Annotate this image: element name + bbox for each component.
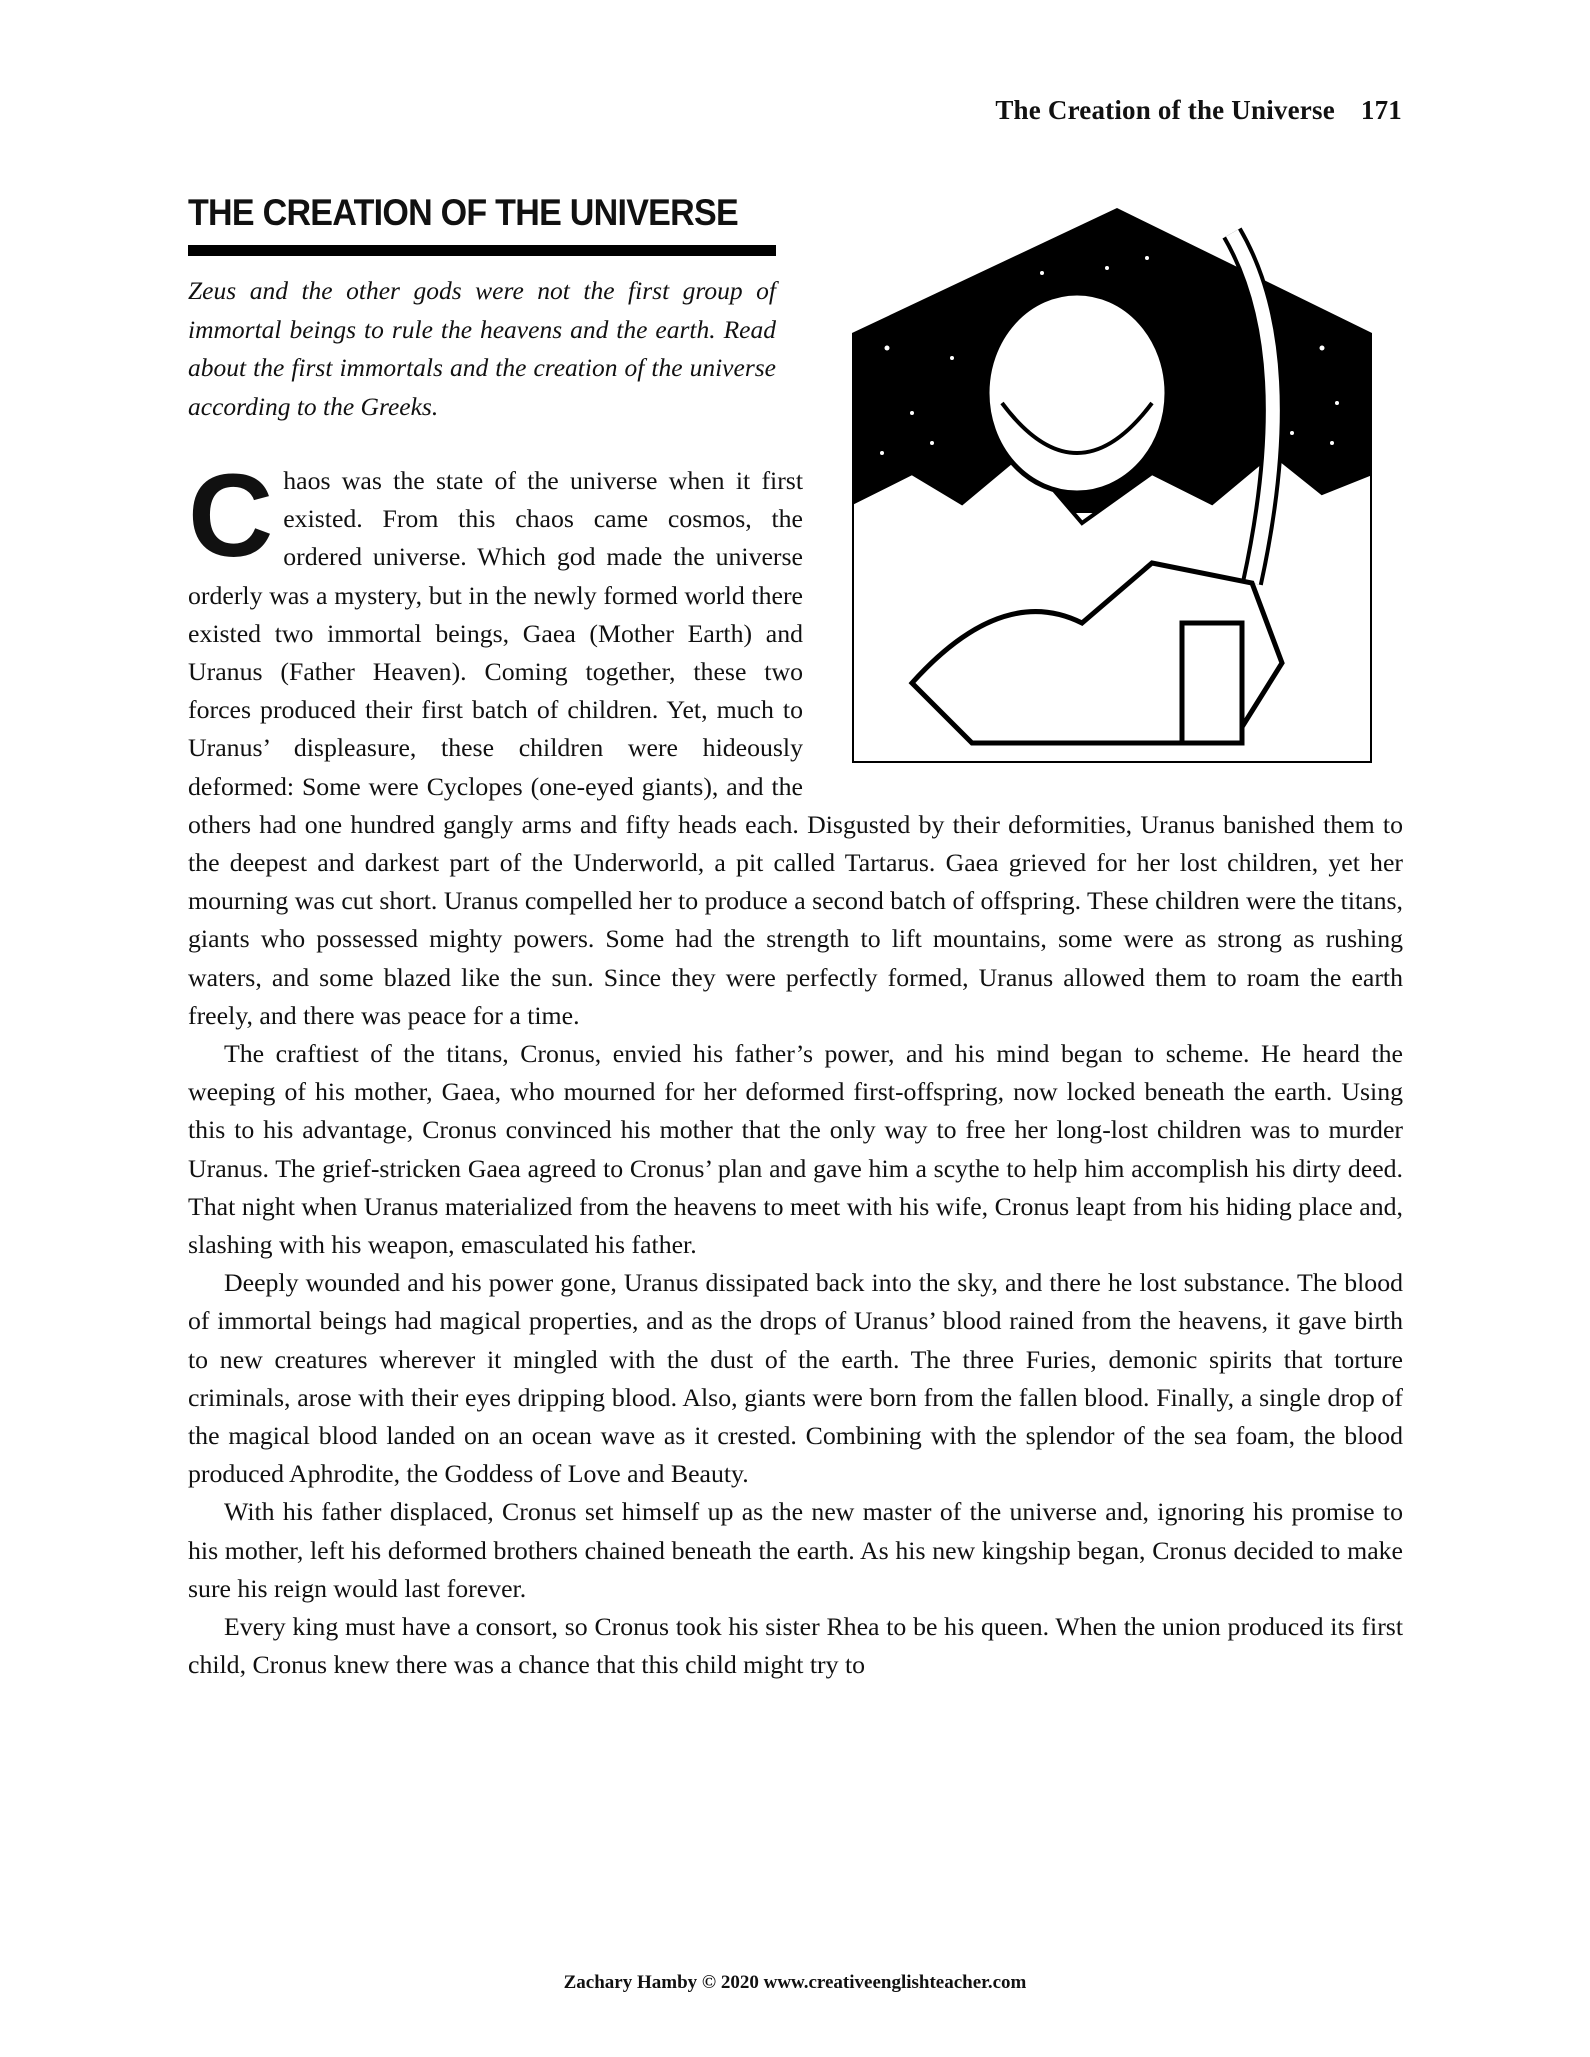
title-rule	[188, 245, 776, 256]
paragraph: The craftiest of the titans, Cronus, env…	[188, 1035, 1403, 1264]
footer-credit: Zachary Hamby © 2020 www.creativeenglish…	[0, 1972, 1590, 1994]
illustration-wrap-space	[803, 462, 1403, 802]
paragraph: Deeply wounded and his power gone, Uranu…	[188, 1264, 1403, 1493]
paragraph: With his father displaced, Cronus set hi…	[188, 1493, 1403, 1608]
running-header: The Creation of the Universe171	[995, 95, 1402, 126]
article-title: THE CREATION OF THE UNIVERSE	[188, 192, 738, 234]
page-number: 171	[1361, 95, 1402, 125]
drop-cap: C	[188, 468, 273, 572]
article-intro: Zeus and the other gods were not the fir…	[188, 272, 776, 426]
article-body: Chaos was the state of the universe when…	[188, 462, 1403, 1685]
running-title: The Creation of the Universe	[995, 95, 1335, 125]
paragraph: Every king must have a consort, so Cronu…	[188, 1608, 1403, 1684]
